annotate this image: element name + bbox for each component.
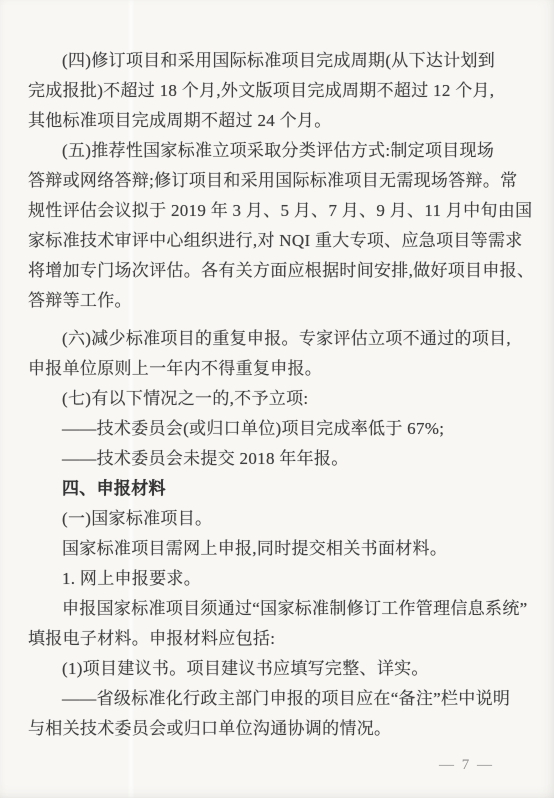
page-number: — 7 —: [28, 753, 528, 777]
scanned-document-page: (四)修订项目和采用国际标准项目完成周期(从下达计划到 完成报批)不超过 18 …: [0, 0, 554, 798]
list-dash-line: ——省级标准化行政主部门申报的项目应在“备注”栏中说明: [28, 684, 528, 714]
paragraph-line: (六)减少标准项目的重复申报。专家评估立项不通过的项目,: [28, 324, 528, 354]
paragraph-line: 国家标准项目需网上申报,同时提交相关书面材料。: [28, 534, 528, 564]
paragraph-line: 将增加专门场次评估。各有关方面应根据时间安排,做好项目申报、: [28, 256, 528, 286]
list-dash-line: ——技术委员会未提交 2018 年年报。: [28, 444, 528, 474]
paragraph-line: (四)修订项目和采用国际标准项目完成周期(从下达计划到: [28, 46, 528, 76]
paragraph-line: 答辩或网络答辩;修订项目和采用国际标准项目无需现场答辩。常: [28, 166, 528, 196]
paragraph-line: 填报电子材料。申报材料应包括:: [28, 624, 528, 654]
paragraph-line: 1. 网上申报要求。: [28, 564, 528, 594]
section-heading: 四、申报材料: [28, 474, 528, 504]
paragraph-line: (五)推荐性国家标准立项采取分类评估方式:制定项目现场: [28, 136, 528, 166]
document-body: (四)修订项目和采用国际标准项目完成周期(从下达计划到 完成报批)不超过 18 …: [0, 0, 554, 777]
paragraph-line: 答辩等工作。: [28, 286, 528, 316]
paragraph-line: 与相关技术委员会或归口单位沟通协调的情况。: [28, 714, 528, 744]
paragraph-line: 申报国家标准项目须通过“国家标准制修订工作管理信息系统”: [28, 594, 528, 624]
paragraph-line: (1)项目建议书。项目建议书应填写完整、详实。: [28, 654, 528, 684]
list-dash-line: ——技术委员会(或归口单位)项目完成率低于 67%;: [28, 414, 528, 444]
paragraph-line: 规性评估会议拟于 2019 年 3 月、5 月、7 月、9 月、11 月中旬由国: [28, 196, 528, 226]
paragraph-line: 其他标准项目完成周期不超过 24 个月。: [28, 106, 528, 136]
paragraph-line: 家标准技术审评中心组织进行,对 NQI 重大专项、应急项目等需求: [28, 226, 528, 256]
paragraph-line: (一)国家标准项目。: [28, 504, 528, 534]
paragraph-line: 完成报批)不超过 18 个月,外文版项目完成周期不超过 12 个月,: [28, 76, 528, 106]
paragraph-line: (七)有以下情况之一的,不予立项:: [28, 384, 528, 414]
paragraph-line: 申报单位原则上一年内不得重复申报。: [28, 354, 528, 384]
